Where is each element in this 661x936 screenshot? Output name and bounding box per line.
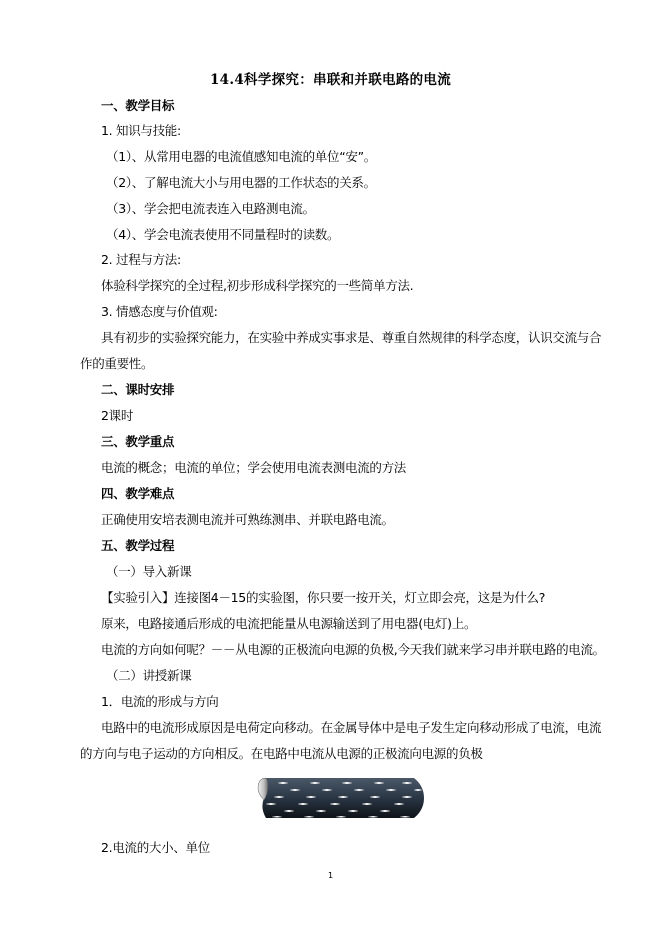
section-heading-key-points: 三、教学重点 <box>101 434 174 450</box>
subheading-intro: （一）导入新课 <box>106 564 191 580</box>
intro-text-line2: 原来，电路接通后形成的电流把能量从电源输送到了用电器(电灯)上。 <box>101 616 476 632</box>
goal-item-1: （1）、从常用电器的电流值感知电流的单位“安”。 <box>106 149 376 165</box>
difficulties-text: 正确使用安培表测电流并可熟练测串、并联电路电流。 <box>101 512 394 528</box>
attitude-values-text-line1: 具有初步的实验探究能力，在实验中养成实事求是、尊重自然规律的科学态度，认识交流与… <box>101 330 601 346</box>
document-page: 14.4科学探究：串联和并联电路的电流 一、教学目标 1. 知识与技能: （1）… <box>0 0 661 936</box>
subheading-new-lesson: （二）讲授新课 <box>106 668 191 684</box>
document-title: 14.4科学探究：串联和并联电路的电流 <box>0 68 661 88</box>
intro-text-line3: 电流的方向如何呢？－－从电源的正极流向电源的负极,今天我们就来学习串并联电路的电… <box>101 642 605 658</box>
subheading-process-method: 2. 过程与方法: <box>101 252 181 268</box>
section-heading-schedule: 二、课时安排 <box>101 382 174 398</box>
page-number: 1 <box>0 871 661 880</box>
section-heading-teaching-process: 五、教学过程 <box>101 538 174 554</box>
subheading-attitude-values: 3. 情感态度与价值观: <box>101 304 218 320</box>
process-method-text: 体验科学探究的全过程,初步形成科学探究的一些简单方法. <box>101 278 413 294</box>
goal-item-3: （3）、学会把电流表连入电路测电流。 <box>106 201 315 217</box>
goal-item-4: （4）、学会电流表使用不同量程时的读数。 <box>106 227 339 243</box>
subheading-current-formation: 1．电流的形成与方向 <box>101 694 218 710</box>
section-heading-difficulties: 四、教学难点 <box>101 486 174 502</box>
section-heading-teaching-goals: 一、教学目标 <box>101 98 174 114</box>
schedule-text: 2课时 <box>101 408 133 424</box>
subheading-knowledge-skills: 1. 知识与技能: <box>101 123 181 139</box>
intro-text-line1: 【实验引入】连接图4－15的实验图，你只要一按开关，灯立即会亮，这是为什么? <box>101 590 545 606</box>
current-formation-text-line2: 的方向与电子运动的方向相反。在电路中电流从电源的正极流向电源的负极 <box>80 746 483 762</box>
key-points-text: 电流的概念；电流的单位；学会使用电流表测电流的方法 <box>101 460 406 476</box>
wire-electron-flow-image <box>254 776 426 820</box>
goal-item-2: （2）、了解电流大小与用电器的工作状态的关系。 <box>106 175 376 191</box>
current-formation-text-line1: 电路中的电流形成原因是电荷定向移动。在金属导体中是电子发生定向移动形成了电流，电… <box>101 720 601 736</box>
subheading-current-magnitude: 2.电流的大小、单位 <box>101 840 210 856</box>
attitude-values-text-line2: 作的重要性。 <box>80 356 153 372</box>
